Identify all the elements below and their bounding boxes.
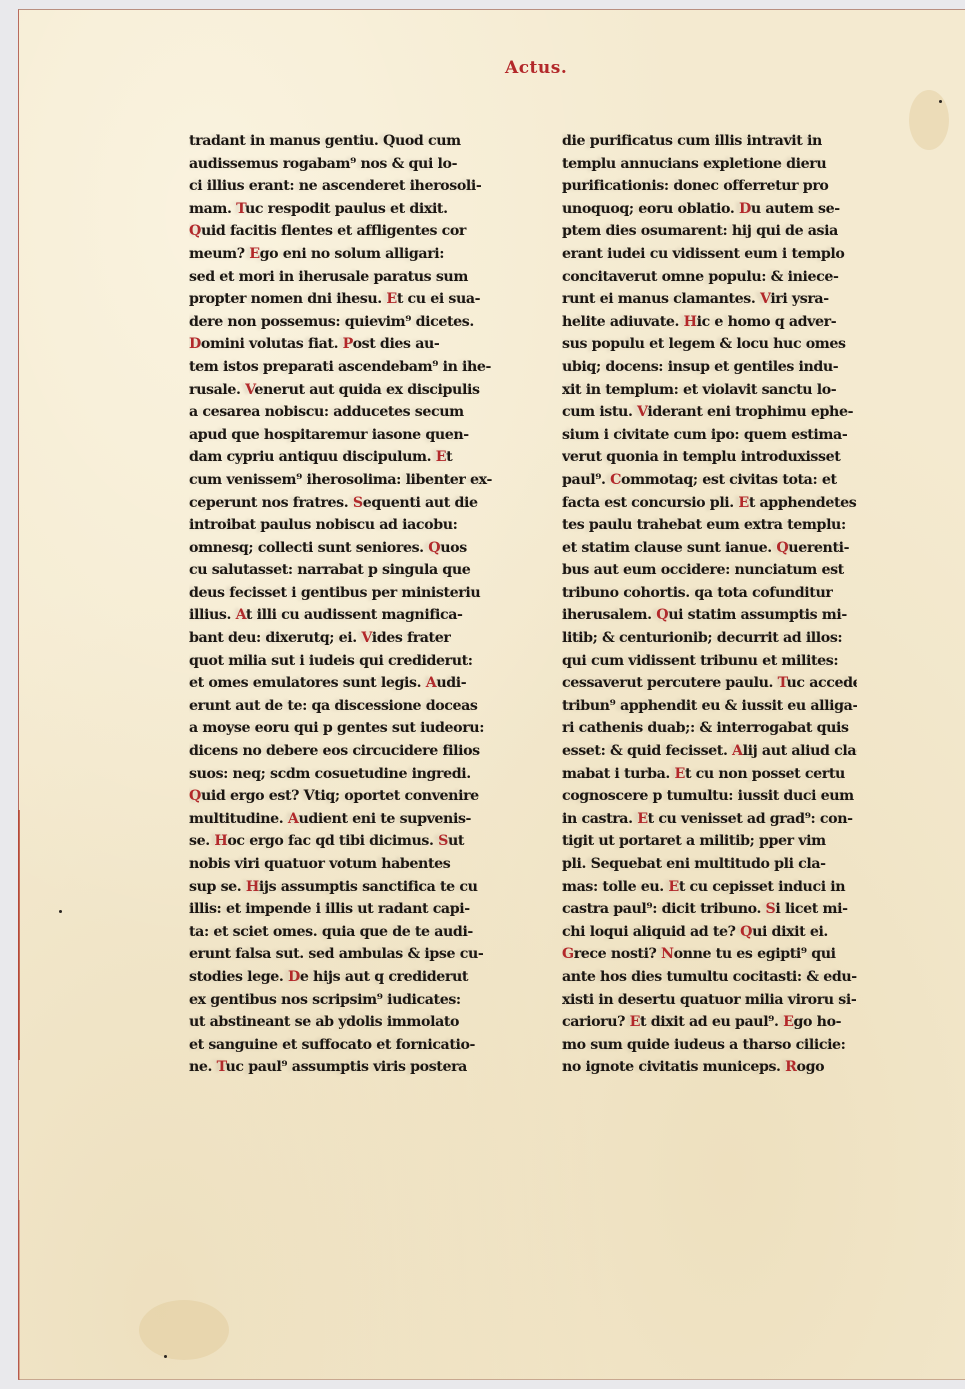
text-line: cum istu. Viderant eni trophimu ephe- bbox=[562, 401, 857, 424]
text-line: tem istos preparati ascendebam⁹ in ihe- bbox=[189, 356, 519, 379]
text-line: ut abstineant se ab ydolis immolato bbox=[189, 1011, 519, 1034]
text-column-right: die purificatus cum illis intravit intem… bbox=[562, 130, 857, 1079]
rubricated-capital: E bbox=[249, 246, 259, 262]
text-line: stodies lege. De hijs aut q crediderut bbox=[189, 966, 519, 989]
rubricated-capital: V bbox=[245, 382, 254, 398]
rubricated-capital: C bbox=[610, 472, 621, 488]
text-line: ci illius erant: ne ascenderet iherosoli… bbox=[189, 175, 519, 198]
text-line: iherusalem. Qui statim assumptis mi- bbox=[562, 604, 857, 627]
text-line: unoquoq; eoru oblatio. Du autem se- bbox=[562, 198, 857, 221]
text-line: runt ei manus clamantes. Viri ysra- bbox=[562, 288, 857, 311]
rubricated-capital: Q bbox=[189, 223, 201, 239]
text-line: ne. Tuc paul⁹ assumptis viris postera bbox=[189, 1056, 519, 1079]
rubricated-capital: E bbox=[738, 495, 748, 511]
text-line: Domini volutas fiat. Post dies au- bbox=[189, 333, 519, 356]
text-line: Quid ergo est? Vtiq; oportet convenire bbox=[189, 785, 519, 808]
text-line: ta: et sciet omes. quia que de te audi- bbox=[189, 921, 519, 944]
rubricated-capital: V bbox=[760, 291, 770, 307]
text-line: bant deu: dixerutq; ei. Vides frater bbox=[189, 627, 519, 650]
rubricated-capital: N bbox=[661, 946, 674, 962]
text-line: meum? Ego eni no solum alligari: bbox=[189, 243, 519, 266]
rubricated-capital: H bbox=[246, 879, 259, 895]
paper-stain bbox=[909, 90, 949, 150]
rubricated-capital: E bbox=[637, 811, 647, 827]
rubricated-capital: V bbox=[637, 404, 647, 420]
text-line: pli. Sequebat eni multitudo pli cla- bbox=[562, 853, 857, 876]
rubricated-capital: T bbox=[778, 675, 787, 691]
text-line: esset: & quid fecisset. Alij aut aliud c… bbox=[562, 740, 857, 763]
text-line: illis: et impende i illis ut radant capi… bbox=[189, 898, 519, 921]
text-line: mas: tolle eu. Et cu cepisset induci in bbox=[562, 876, 857, 899]
rubricated-capital: E bbox=[675, 766, 685, 782]
text-line: introibat paulus nobiscu ad iacobu: bbox=[189, 514, 519, 537]
rubricated-capital: D bbox=[739, 201, 751, 217]
text-line: purificationis: donec offerretur pro bbox=[562, 175, 857, 198]
rubricated-capital: A bbox=[426, 675, 437, 691]
text-line: verut quonia in templu introduxisset bbox=[562, 446, 857, 469]
text-line: Grece nosti? Nonne tu es egipti⁹ qui bbox=[562, 943, 857, 966]
text-line: illius. At illi cu audissent magnifica- bbox=[189, 604, 519, 627]
rubricated-capital: Q bbox=[189, 788, 201, 804]
text-line: bus aut eum occidere: nunciatum est bbox=[562, 559, 857, 582]
text-line: Quid facitis flentes et affligentes cor bbox=[189, 220, 519, 243]
text-line: quot milia sut i iudeis qui crediderut: bbox=[189, 650, 519, 673]
rubricated-capital: H bbox=[684, 314, 697, 330]
text-line: mo sum quide iudeus a tharso cilicie: bbox=[562, 1034, 857, 1057]
text-line: xisti in desertu quatuor milia viroru si… bbox=[562, 989, 857, 1012]
text-line: litib; & centurionib; decurrit ad illos: bbox=[562, 627, 857, 650]
paper-speck bbox=[939, 100, 942, 103]
text-line: concitaverut omne populu: & iniece- bbox=[562, 266, 857, 289]
red-edge-mark bbox=[18, 810, 20, 1060]
rubricated-capital: D bbox=[189, 336, 201, 352]
text-line: suos: neq; scdm cosuetudine ingredi. bbox=[189, 763, 519, 786]
text-line: erunt falsa sut. sed ambulas & ipse cu- bbox=[189, 943, 519, 966]
rubricated-capital: H bbox=[214, 833, 227, 849]
text-line: helite adiuvate. Hic e homo q adver- bbox=[562, 311, 857, 334]
text-line: erant iudei cu vidissent eum i templo bbox=[562, 243, 857, 266]
text-line: no ignote civitatis municeps. Rogo bbox=[562, 1056, 857, 1079]
text-line: cu salutasset: narrabat p singula que bbox=[189, 559, 519, 582]
text-line: die purificatus cum illis intravit in bbox=[562, 130, 857, 153]
red-edge-mark bbox=[18, 1200, 20, 1380]
text-line: erunt aut de te: qa discessione doceas bbox=[189, 695, 519, 718]
text-line: cum venissem⁹ iherosolima: libenter ex- bbox=[189, 469, 519, 492]
text-line: mam. Tuc respodit paulus et dixit. bbox=[189, 198, 519, 221]
text-line: multitudine. Audient eni te supvenis- bbox=[189, 808, 519, 831]
rubricated-capital: Q bbox=[656, 607, 668, 623]
rubricated-capital: G bbox=[562, 946, 574, 962]
rubricated-capital: E bbox=[386, 291, 396, 307]
text-line: cognoscere p tumultu: iussit duci eum bbox=[562, 785, 857, 808]
rubricated-capital: S bbox=[353, 495, 363, 511]
text-line: tribuno cohortis. qa tota cofunditur bbox=[562, 582, 857, 605]
paper-stain bbox=[139, 1300, 229, 1360]
rubricated-capital: D bbox=[288, 969, 300, 985]
text-line: et statim clause sunt ianue. Querenti- bbox=[562, 537, 857, 560]
text-line: omnesq; collecti sunt seniores. Quos bbox=[189, 537, 519, 560]
text-line: qui cum vidissent tribunu et milites: bbox=[562, 650, 857, 673]
rubricated-capital: S bbox=[438, 833, 448, 849]
text-line: et omes emulatores sunt legis. Audi- bbox=[189, 672, 519, 695]
rubricated-capital: V bbox=[361, 630, 371, 646]
text-line: deus fecisset i gentibus per ministeriu bbox=[189, 582, 519, 605]
text-line: carioru? Et dixit ad eu paul⁹. Ego ho- bbox=[562, 1011, 857, 1034]
text-line: paul⁹. Commotaq; est civitas tota: et bbox=[562, 469, 857, 492]
text-line: templu annucians expletione dieru bbox=[562, 153, 857, 176]
running-head: Actus. bbox=[505, 58, 567, 78]
text-column-left: tradant in manus gentiu. Quod cumaudisse… bbox=[189, 130, 519, 1079]
text-line: castra paul⁹: dicit tribuno. Si licet mi… bbox=[562, 898, 857, 921]
text-line: a cesarea nobiscu: adducetes secum bbox=[189, 401, 519, 424]
text-line: et sanguine et suffocato et fornicatio- bbox=[189, 1034, 519, 1057]
text-line: chi loqui aliquid ad te? Qui dixit ei. bbox=[562, 921, 857, 944]
text-line: sium i civitate cum ipo: quem estima- bbox=[562, 424, 857, 447]
rubricated-capital: R bbox=[785, 1059, 796, 1075]
text-line: sus populu et legem & locu huc omes bbox=[562, 333, 857, 356]
rubricated-capital: A bbox=[732, 743, 743, 759]
text-line: sup se. Hijs assumptis sanctifica te cu bbox=[189, 876, 519, 899]
text-line: ubiq; docens: insup et gentiles indu- bbox=[562, 356, 857, 379]
text-line: ptem dies osumarent: hij qui de asia bbox=[562, 220, 857, 243]
text-line: tribun⁹ apphendit eu & iussit eu alliga- bbox=[562, 695, 857, 718]
text-line: cessaverut percutere paulu. Tuc accedes bbox=[562, 672, 857, 695]
text-line: ri cathenis duab;: & interrogabat quis bbox=[562, 717, 857, 740]
text-line: rusale. Venerut aut quida ex discipulis bbox=[189, 379, 519, 402]
text-line: mabat i turba. Et cu non posset certu bbox=[562, 763, 857, 786]
rubricated-capital: P bbox=[343, 336, 353, 352]
text-line: nobis viri quatuor votum habentes bbox=[189, 853, 519, 876]
text-line: ceperunt nos fratres. Sequenti aut die bbox=[189, 492, 519, 515]
text-line: ex gentibus nos scripsim⁹ iudicates: bbox=[189, 989, 519, 1012]
rubricated-capital: S bbox=[766, 901, 776, 917]
text-line: facta est concursio pli. Et apphendetes bbox=[562, 492, 857, 515]
rubricated-capital: T bbox=[236, 201, 245, 217]
rubricated-capital: E bbox=[783, 1014, 793, 1030]
text-line: in castra. Et cu venisset ad grad⁹: con- bbox=[562, 808, 857, 831]
text-line: se. Hoc ergo fac qd tibi dicimus. Sut bbox=[189, 830, 519, 853]
rubricated-capital: T bbox=[217, 1059, 226, 1075]
text-line: xit in templum: et violavit sanctu lo- bbox=[562, 379, 857, 402]
text-line: dicens no debere eos circucidere filios bbox=[189, 740, 519, 763]
rubricated-capital: Q bbox=[740, 924, 752, 940]
rubricated-capital: E bbox=[630, 1014, 640, 1030]
rubricated-capital: E bbox=[436, 449, 446, 465]
rubricated-capital: Q bbox=[776, 540, 788, 556]
paper-speck bbox=[164, 1355, 167, 1358]
text-line: propter nomen dni ihesu. Et cu ei sua- bbox=[189, 288, 519, 311]
text-line: sed et mori in iherusale paratus sum bbox=[189, 266, 519, 289]
text-line: apud que hospitaremur iasone quen- bbox=[189, 424, 519, 447]
text-line: ante hos dies tumultu cocitasti: & edu- bbox=[562, 966, 857, 989]
text-line: tes paulu trahebat eum extra templu: bbox=[562, 514, 857, 537]
text-line: dere non possemus: quievim⁹ dicetes. bbox=[189, 311, 519, 334]
rubricated-capital: A bbox=[236, 607, 246, 623]
text-line: tigit ut portaret a militib; pper vim bbox=[562, 830, 857, 853]
text-line: a moyse eoru qui p gentes sut iudeoru: bbox=[189, 717, 519, 740]
paper-speck bbox=[59, 910, 62, 913]
rubricated-capital: Q bbox=[428, 540, 440, 556]
text-line: tradant in manus gentiu. Quod cum bbox=[189, 130, 519, 153]
rubricated-capital: E bbox=[668, 879, 678, 895]
text-line: audissemus rogabam⁹ nos & qui lo- bbox=[189, 153, 519, 176]
text-line: dam cypriu antiquu discipulum. Et bbox=[189, 446, 519, 469]
rubricated-capital: A bbox=[288, 811, 299, 827]
